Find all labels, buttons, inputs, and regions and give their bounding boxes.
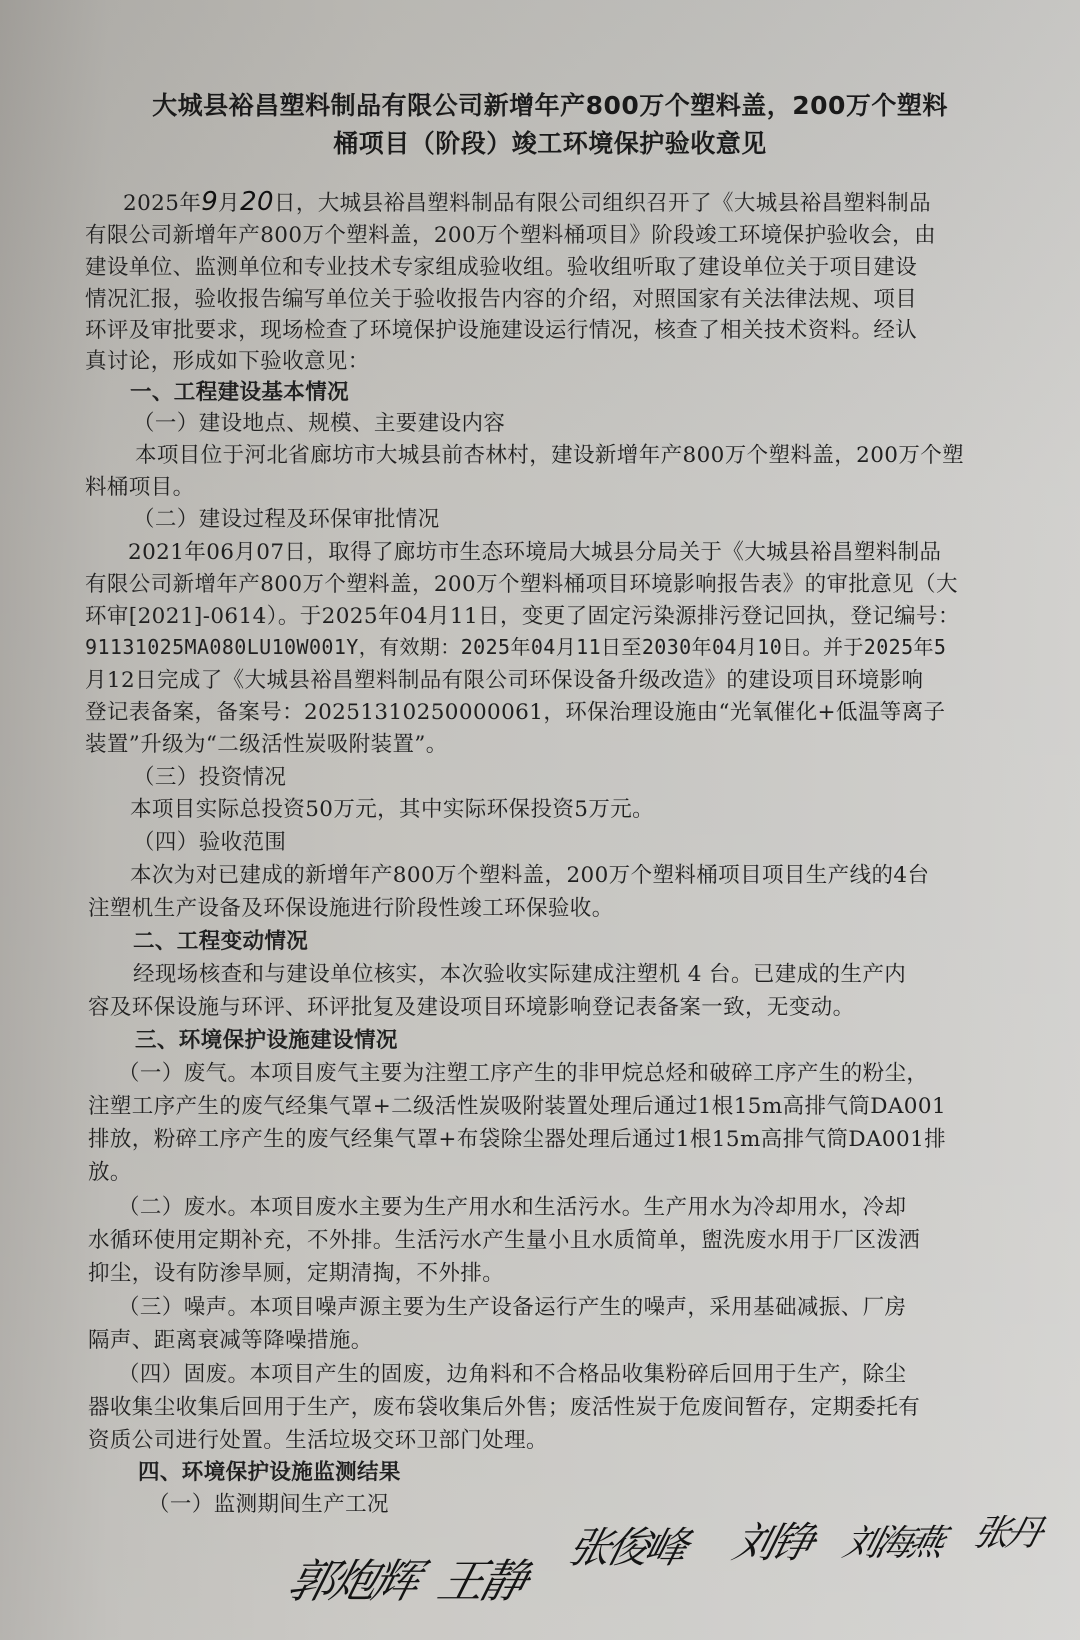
section-3-heading: 三、环境保护设施建设情况 [135, 1023, 398, 1054]
section-3-gas-line: 排放，粉碎工序产生的废气经集气罩+布袋除尘器处理后通过1根15m高排气筒DA00… [88, 1122, 946, 1153]
section-3-noise-line: 隔声、距离衰减等降噪措施。 [88, 1323, 373, 1354]
section-1-4-line: 注塑机生产设备及环保设施进行阶段性竣工环保验收。 [88, 891, 614, 922]
section-1-1-heading: （一）建设地点、规模、主要建设内容 [133, 406, 505, 437]
signature: 张俊峰 [563, 1515, 692, 1575]
section-2-line: 容及环保设施与环评、环评批复及建设项目环境影响登记表备案一致，无变动。 [88, 990, 855, 1021]
section-1-3-heading: （三）投资情况 [133, 760, 286, 791]
section-3-gas-line: 放。 [88, 1155, 132, 1186]
intro-line: 有限公司新增年产800万个塑料盖，200万个塑料桶项目》阶段竣工环境保护验收会，… [85, 218, 936, 249]
intro-line: 环评及审批要求，现场检查了环境保护设施建设运行情况，核查了相关技术资料。经认 [85, 313, 917, 344]
section-1-4-line: 本次为对已建成的新增年产800万个塑料盖，200万个塑料桶项目项目生产线的4台 [130, 858, 929, 889]
section-4-heading: 四、环境保护设施监测结果 [138, 1455, 401, 1486]
section-3-noise-line: （三）噪声。本项目噪声源主要为生产设备运行产生的噪声，采用基础减振、厂房 [118, 1290, 906, 1321]
section-3-solid-line: 资质公司进行处置。生活垃圾交环卫部门处理。 [88, 1423, 548, 1454]
section-3-solid-line: 器收集尘收集后回用于生产，废布袋收集后外售；废活性炭于危废间暂存，定期委托有 [88, 1390, 920, 1421]
section-1-2-line: 环审[2021]-0614）。于2025年04月11日，变更了固定污染源排污登记… [85, 599, 960, 630]
section-1-2-line: 装置”升级为“二级活性炭吸附装置”。 [85, 727, 448, 758]
signature: 刘铮 [728, 1510, 819, 1570]
signature: 郭炮辉 [282, 1545, 424, 1611]
section-1-2-line: 91131025MA080LU10W001Y，有效期：2025年04月11日至2… [85, 631, 946, 660]
intro-line-1: 2025年9月20日，大城县裕昌塑料制品有限公司组织召开了《大城县裕昌塑料制品 [123, 186, 931, 217]
section-1-2-heading: （二）建设过程及环保审批情况 [133, 502, 440, 533]
signature: 刘海燕 [839, 1515, 948, 1566]
intro-line: 情况汇报，验收报告编写单位关于验收报告内容的介绍，对照国家有关法律法规、项目 [85, 282, 917, 313]
intro-line: 建设单位、监测单位和专业技术专家组成验收组。验收组听取了建设单位关于项目建设 [85, 250, 917, 281]
section-1-4-heading: （四）验收范围 [133, 825, 286, 856]
document-title-line-2: 桶项目（阶段）竣工环境保护验收意见 [90, 124, 1010, 160]
section-1-2-line: 月12日完成了《大城县裕昌塑料制品有限公司环保设备升级改造》的建设项目环境影响 [85, 663, 923, 694]
section-1-2-line: 有限公司新增年产800万个塑料盖，200万个塑料桶项目环境影响报告表》的审批意见… [85, 567, 958, 598]
handwritten-month: 9 [201, 187, 218, 217]
section-3-gas-line: 注塑工序产生的废气经集气罩+二级活性炭吸附装置处理后通过1根15m高排气筒DA0… [88, 1089, 946, 1120]
document-title-line-1: 大城县裕昌塑料制品有限公司新增年产800万个塑料盖，200万个塑料 [90, 86, 1010, 122]
section-1-2-line: 登记表备案，备案号：20251310250000061，环保治理设施由“光氧催化… [85, 695, 945, 726]
section-1-1-line: 料桶项目。 [85, 470, 195, 501]
section-1-2-line: 2021年06月07日，取得了廊坊市生态环境局大城县分局关于《大城县裕昌塑料制品 [128, 535, 941, 566]
section-1-heading: 一、工程建设基本情况 [130, 375, 349, 406]
signature: 张丹 [969, 1505, 1046, 1556]
section-2-heading: 二、工程变动情况 [133, 924, 308, 955]
intro-line: 真讨论，形成如下验收意见： [85, 344, 370, 375]
section-3-solid-line: （四）固废。本项目产生的固废，边角料和不合格品收集粉碎后回用于生产，除尘 [118, 1357, 906, 1388]
section-3-water-line: （二）废水。本项目废水主要为生产用水和生活污水。生产用水为冷却用水，冷却 [118, 1190, 906, 1221]
handwritten-day: 20 [240, 187, 274, 217]
section-4-1-heading: （一）监测期间生产工况 [148, 1487, 389, 1518]
section-1-3-line: 本项目实际总投资50万元，其中实际环保投资5万元。 [130, 792, 654, 823]
document-page: 大城县裕昌塑料制品有限公司新增年产800万个塑料盖，200万个塑料 桶项目（阶段… [0, 0, 1080, 1640]
section-1-1-line: 本项目位于河北省廊坊市大城县前杏林村，建设新增年产800万个塑料盖，200万个塑 [135, 438, 964, 469]
section-3-water-line: 抑尘，设有防渗旱厕，定期清掏，不外排。 [88, 1256, 504, 1287]
section-3-water-line: 水循环使用定期补充，不外排。生活污水产生量小且水质简单，盥洗废水用于厂区泼洒 [88, 1223, 920, 1254]
section-3-gas-line: （一）废气。本项目废气主要为注塑工序产生的非甲烷总烃和破碎工序产生的粉尘， [118, 1056, 928, 1087]
signature: 王静 [432, 1545, 532, 1611]
section-2-line: 经现场核查和与建设单位核实，本次验收实际建成注塑机 4 台。已建成的生产内 [133, 957, 906, 988]
